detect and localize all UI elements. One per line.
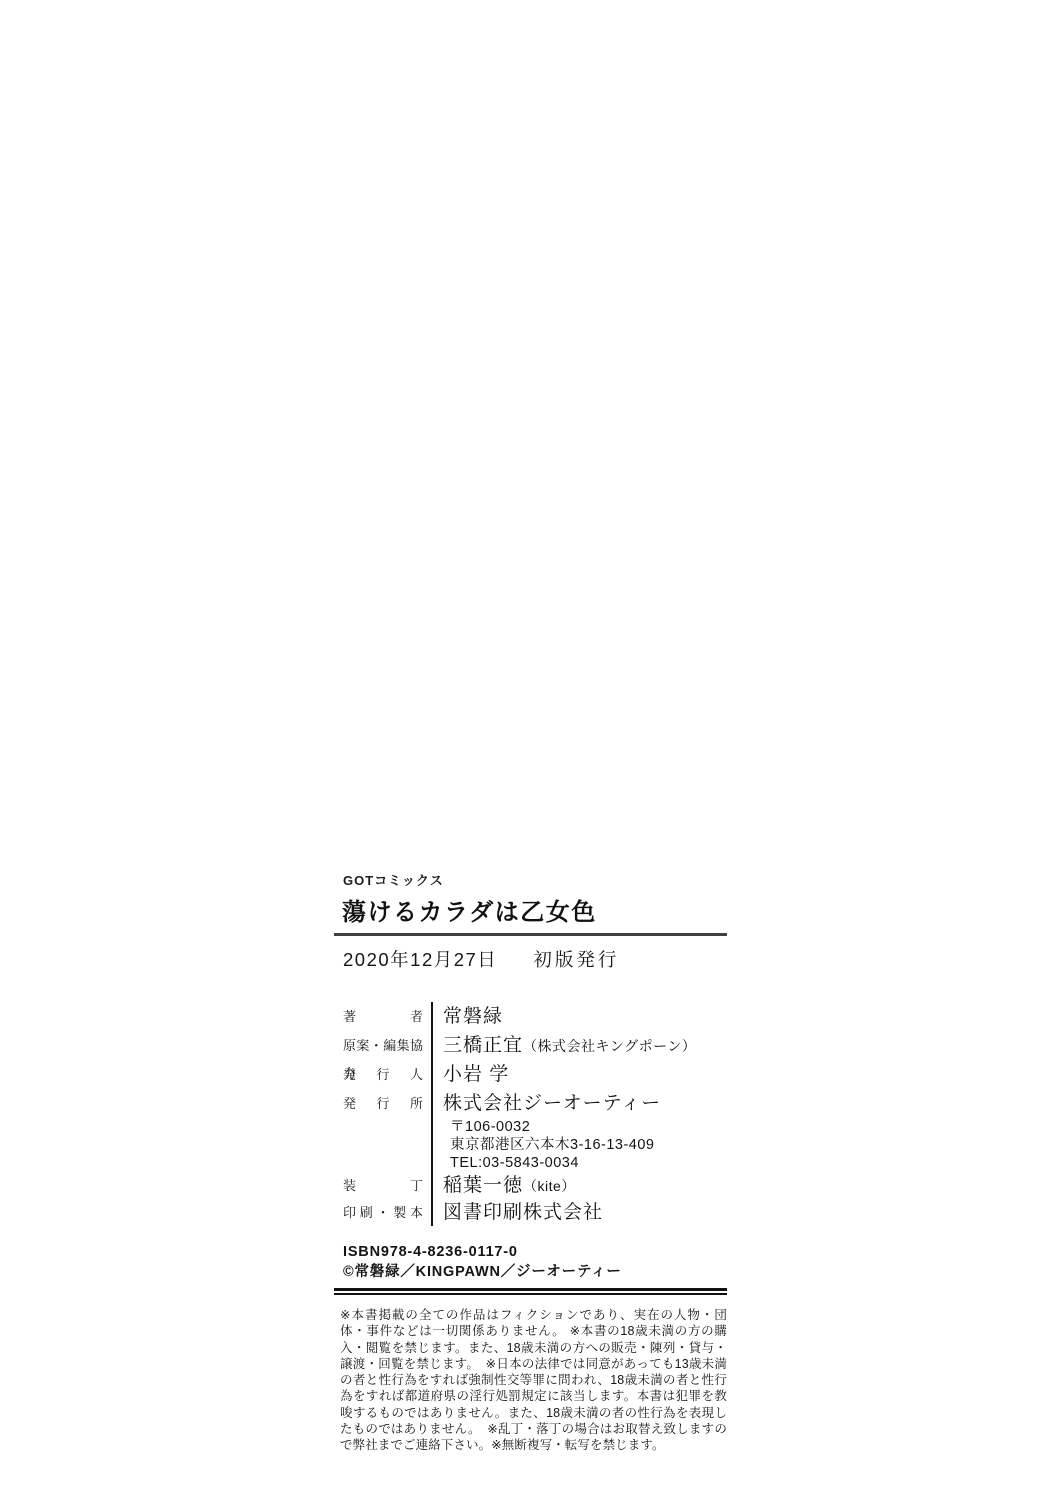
credit-label: 著者 <box>334 1002 433 1032</box>
credit-value: 図書印刷株式会社 <box>433 1200 727 1226</box>
credit-value-text: 株式会社ジーオーティー <box>443 1093 661 1114</box>
series-label: GOTコミックス <box>334 870 727 889</box>
credit-row-author: 著者 常磐緑 <box>334 1002 727 1032</box>
book-title: 蕩けるカラダは乙女色 <box>334 892 727 927</box>
isbn-block: ISBN978-4-8236-0117-0 ©常磐緑／KINGPAWN／ジーオー… <box>334 1242 727 1282</box>
credit-label: 発行所 <box>334 1090 433 1118</box>
credit-value: 株式会社ジーオーティー <box>433 1090 727 1118</box>
credit-row-publisher-company: 発行所 株式会社ジーオーティー <box>334 1090 727 1118</box>
credit-label-text: 著者 <box>343 1002 423 1032</box>
title-rule <box>334 933 727 936</box>
credit-value: 稲葉一徳（kite） <box>433 1172 727 1200</box>
credit-label-text: 装丁 <box>343 1172 423 1200</box>
credit-value-text: 小岩 学 <box>443 1064 509 1085</box>
credits-table: 著者 常磐緑 原案・編集協力 三橋正宜（株式会社キングポーン） 発行人 小岩 学… <box>334 1002 727 1226</box>
disclaimer-text: ※本書掲載の全ての作品はフィクションであり、実在の人物・団体・事件などは一切関係… <box>334 1307 727 1454</box>
edition-label: 初版発行 <box>533 949 619 970</box>
credit-label: 装丁 <box>334 1172 433 1200</box>
copyright-line: ©常磐緑／KINGPAWN／ジーオーティー <box>343 1262 727 1282</box>
credit-value: 常磐緑 <box>433 1002 727 1032</box>
credit-label: 発行人 <box>334 1060 433 1090</box>
credit-row-printing: 印刷・製本 図書印刷株式会社 <box>334 1200 727 1226</box>
publisher-address: 〒106-0032 東京都港区六本木3-16-13-409 TEL:03-584… <box>433 1118 727 1172</box>
credit-label-text: 印刷・製本 <box>343 1200 423 1226</box>
credit-row-design: 装丁 稲葉一徳（kite） <box>334 1172 727 1200</box>
credit-label: 印刷・製本 <box>334 1200 433 1226</box>
credit-value-text: 図書印刷株式会社 <box>443 1202 603 1223</box>
credit-label-text: 発行人 <box>343 1060 423 1090</box>
edition-line: 2020年12月27日初版発行 <box>334 946 727 972</box>
phone-number: TEL:03-5843-0034 <box>450 1154 727 1172</box>
credit-row-publisher-person: 発行人 小岩 学 <box>334 1060 727 1090</box>
credit-label: 原案・編集協力 <box>334 1032 433 1060</box>
credit-value-text: 稲葉一徳 <box>443 1175 523 1196</box>
credit-row-address: 〒106-0032 東京都港区六本木3-16-13-409 TEL:03-584… <box>334 1118 727 1172</box>
credit-value-text: 常磐緑 <box>443 1006 503 1027</box>
credit-label-empty <box>334 1118 433 1172</box>
section-divider-rule <box>334 1288 727 1295</box>
postal-code: 〒106-0032 <box>450 1118 727 1136</box>
credit-value-note: （kite） <box>523 1178 576 1194</box>
publication-date: 2020年12月27日 <box>343 949 497 970</box>
credit-label-text: 発行所 <box>343 1090 423 1118</box>
credit-value-text: 三橋正宜 <box>443 1035 523 1056</box>
street-address: 東京都港区六本木3-16-13-409 <box>450 1136 727 1154</box>
credit-value: 三橋正宜（株式会社キングポーン） <box>433 1032 727 1060</box>
credit-value: 小岩 学 <box>433 1060 727 1090</box>
credit-value-note: （株式会社キングポーン） <box>523 1038 696 1054</box>
credit-row-planning: 原案・編集協力 三橋正宜（株式会社キングポーン） <box>334 1032 727 1060</box>
isbn-number: ISBN978-4-8236-0117-0 <box>343 1242 727 1262</box>
colophon-page: GOTコミックス 蕩けるカラダは乙女色 2020年12月27日初版発行 著者 常… <box>334 870 727 1454</box>
